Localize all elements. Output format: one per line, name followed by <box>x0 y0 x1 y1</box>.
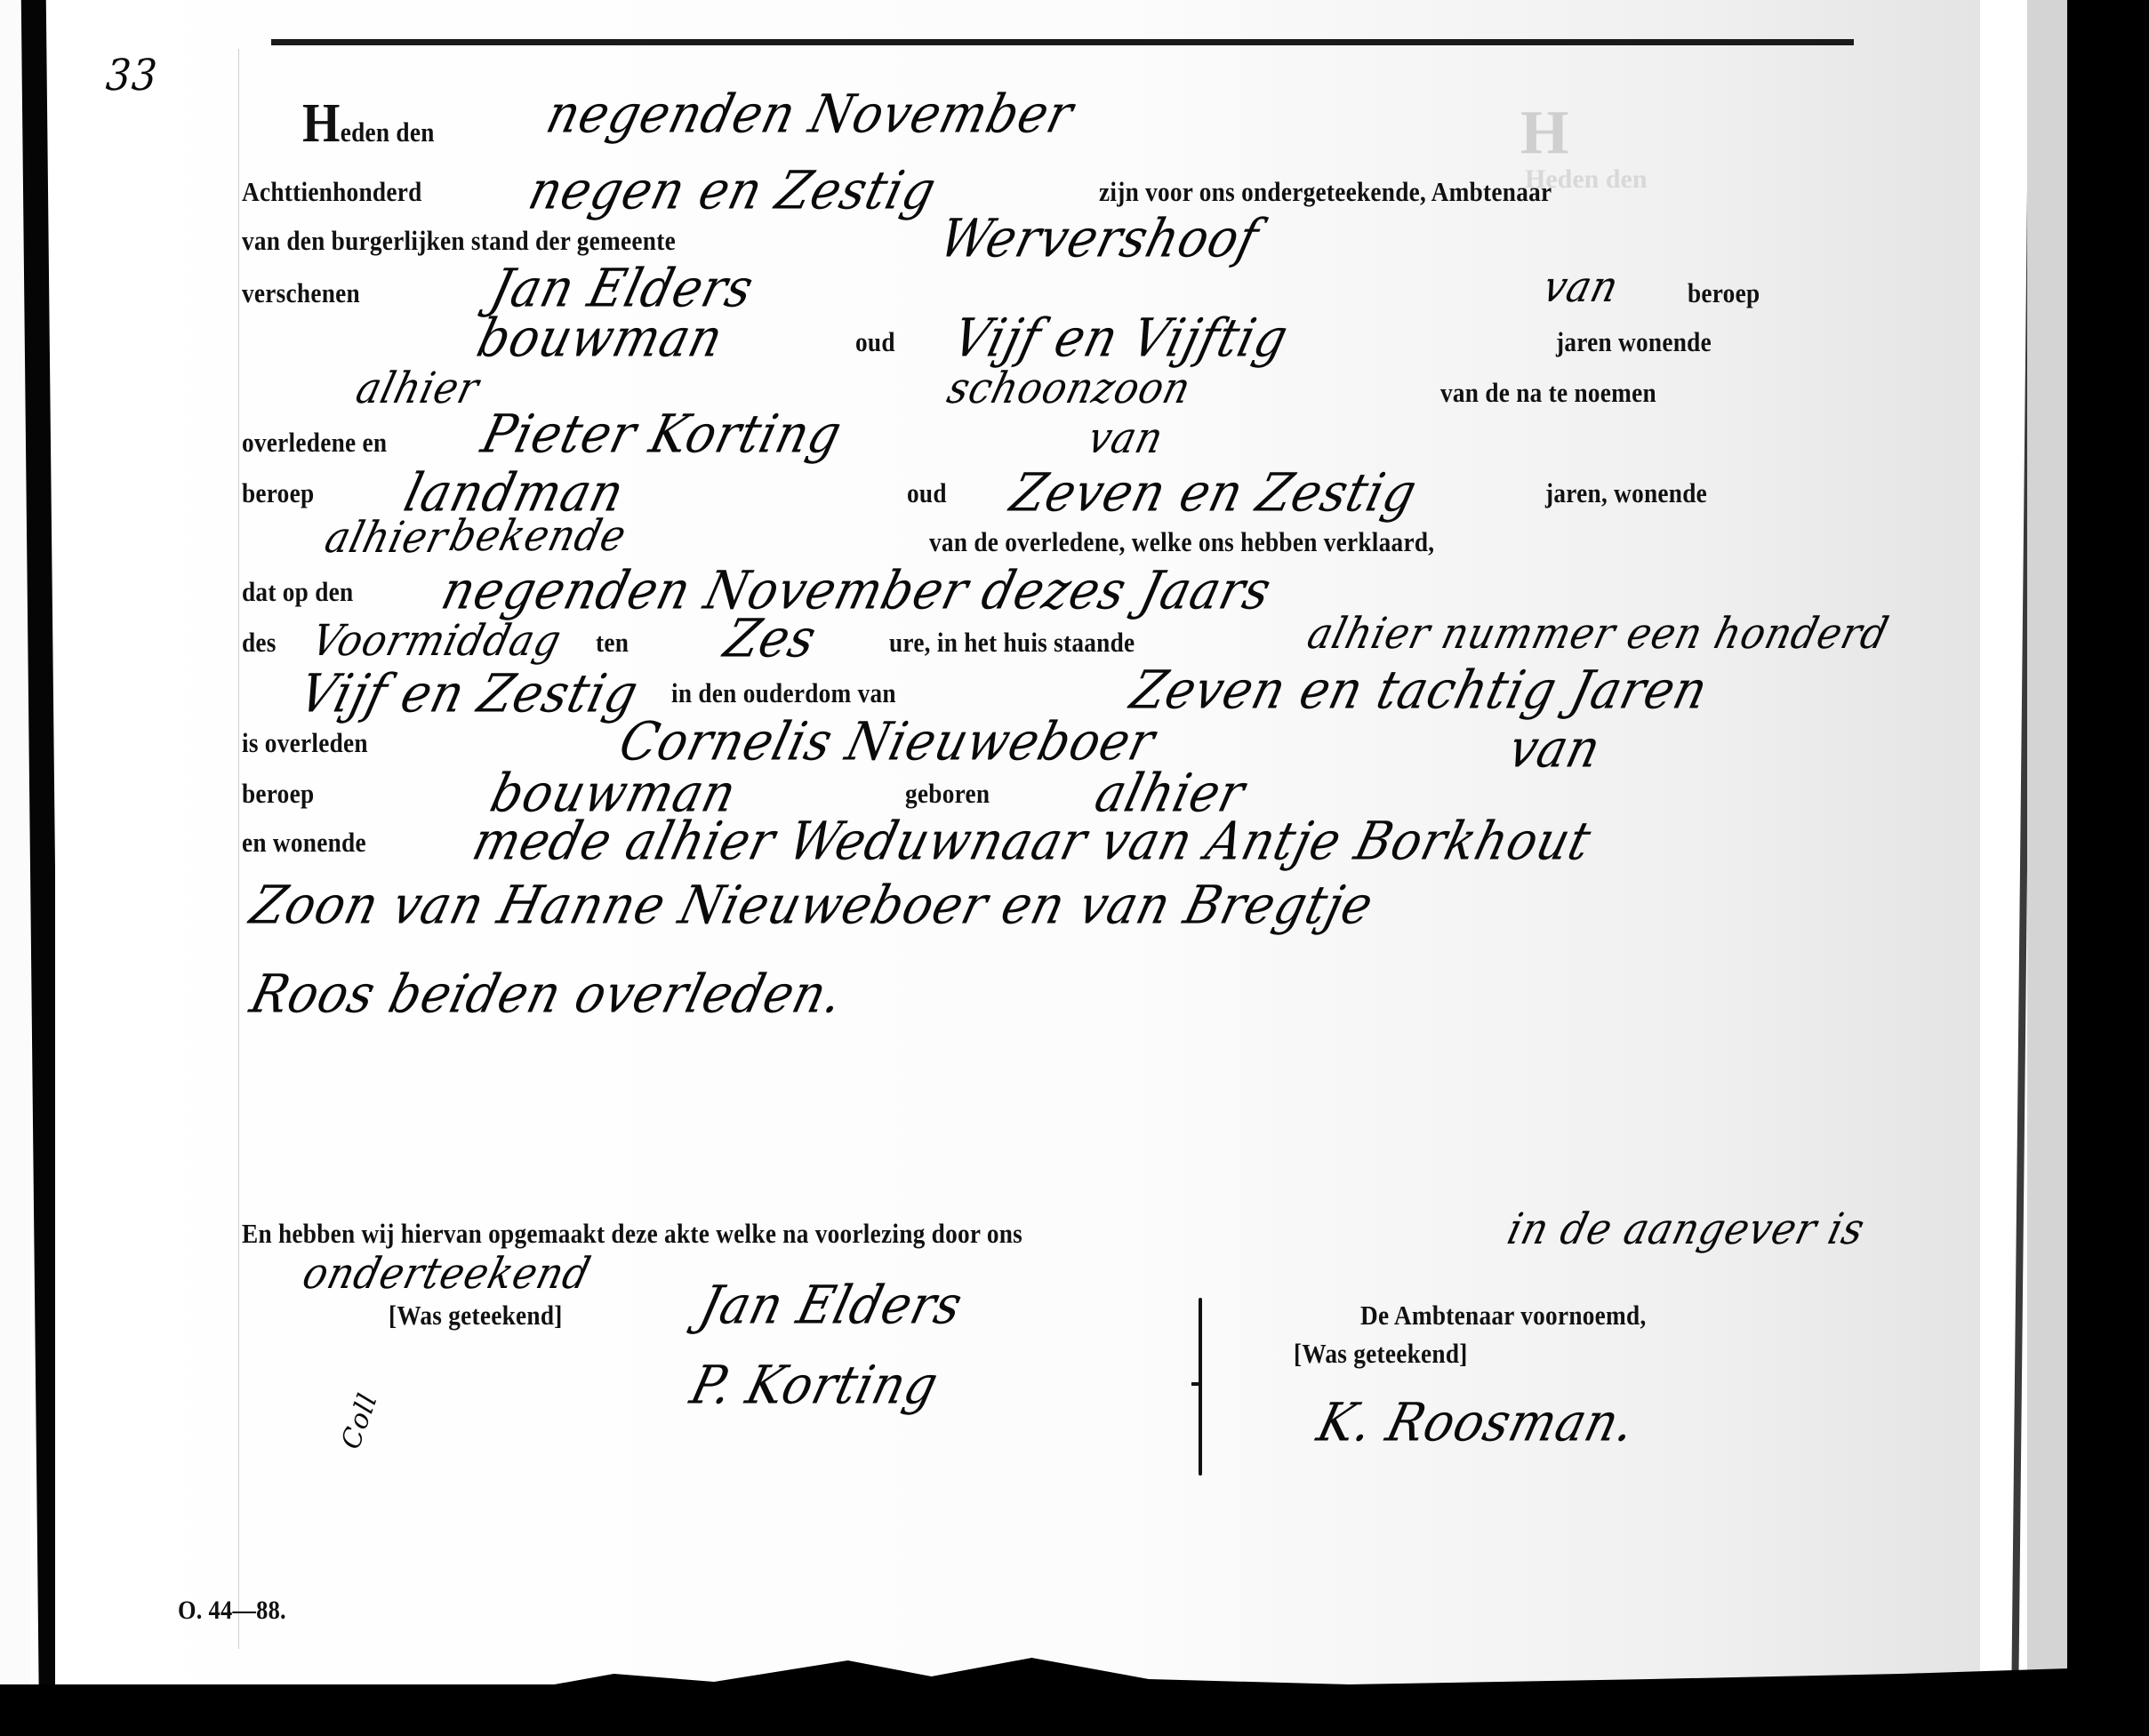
hw-closing-note-cont: onderteekend <box>298 1249 596 1299</box>
hw-deceased-van: van <box>1503 718 1608 780</box>
was-geteekend-left: [Was geteekend] <box>389 1300 563 1332</box>
hw-declarant1-relation: schoonzoon <box>942 364 1196 413</box>
label-des: des <box>242 627 277 659</box>
ambtenaar-voornoemd: De Ambtenaar voornoemd, <box>1360 1300 1647 1332</box>
closing-statement: En hebben wij hiervan opgemaakt deze akt… <box>242 1218 1022 1250</box>
label-oud-2: oud <box>907 477 947 509</box>
hw-declarant1-residence: alhier <box>351 364 485 413</box>
hw-parents: Zoon van Hanne Nieuweboer en van Bregtje <box>245 875 1380 936</box>
hw-closing-note: in de aangever is <box>1503 1204 1870 1254</box>
hw-date: negenden November <box>541 84 1080 145</box>
label-verschenen: verschenen <box>242 277 360 309</box>
hw-declarant1-age: Vijf en Vijftig <box>947 308 1295 369</box>
hw-house-cont: Vijf en Zestig <box>293 663 645 724</box>
hw-declarant2-relation: bekende <box>445 511 631 561</box>
hw-declarant2-name: Pieter Korting <box>476 404 848 465</box>
scan-right-border <box>2067 0 2149 1736</box>
label-achttienhonderd: Achttienhonderd <box>242 176 422 208</box>
label-geboren: geboren <box>905 778 990 810</box>
scan-bottom-border <box>0 1684 2149 1736</box>
adjacent-page-strip <box>2027 0 2067 1736</box>
was-geteekend-right: [Was geteekend] <box>1294 1338 1468 1370</box>
label-ure-huis-staande: ure, in het huis staande <box>889 627 1135 659</box>
signature-official: K. Roosman. <box>1311 1392 1642 1453</box>
label-beroep-1: beroep <box>1688 277 1760 309</box>
label-jaren-wonende-1: jaren wonende <box>1556 326 1712 358</box>
hw-declarant2-age: Zeven en Zestig <box>1005 462 1423 524</box>
hw-house: alhier nummer een honderd <box>1303 609 1894 659</box>
label-beroep-3: beroep <box>242 778 314 810</box>
label-is-overleden: is overleden <box>242 727 368 759</box>
opening-line: Heden den <box>302 96 435 151</box>
hw-declarant1-occupation: bouwman <box>471 308 730 369</box>
label-zijn-voor-ons: zijn voor ons ondergeteekende, Ambtenaar <box>1099 176 1552 208</box>
hw-year: negen en Zestig <box>523 160 942 221</box>
signature-declarant-2: P. Korting <box>685 1355 945 1416</box>
label-jaren-wonende-2: jaren, wonende <box>1545 477 1707 509</box>
label-dat-op-den: dat op den <box>242 576 353 608</box>
hw-death-date: negenden November dezes Jaars <box>436 560 1278 621</box>
hw-declarant1-van: van <box>1538 262 1624 312</box>
hw-declarant2-residence: alhier <box>320 513 453 563</box>
bleed-through-dropcap: H <box>1520 98 1568 169</box>
hw-parents-cont: Roos beiden overleden. <box>245 964 850 1025</box>
margin-rule-line <box>238 49 239 1649</box>
hw-residence-widower: mede alhier Weduwnaar van Antje Borkhout <box>467 811 1598 872</box>
hw-death-hour: Zes <box>718 608 822 669</box>
dropcap-h: H <box>302 93 341 154</box>
label-en-wonende: en wonende <box>242 827 366 859</box>
label-verklaard: van de overledene, welke ons hebben verk… <box>929 526 1434 558</box>
signature-brace-point <box>1191 1382 1202 1386</box>
top-rule-line <box>271 39 1854 45</box>
label-ouderdom: in den ouderdom van <box>671 677 896 709</box>
label-beroep-2: beroep <box>242 477 314 509</box>
form-code: O. 44—88. <box>178 1596 286 1626</box>
signature-declarant-1: Jan Elders <box>694 1275 969 1336</box>
heden-den-label: eden den <box>341 116 435 148</box>
label-burgerlijke-stand: van den burgerlijken stand der gemeente <box>242 225 676 257</box>
hw-municipality: Wervershoof <box>934 208 1265 269</box>
label-oud-1: oud <box>855 326 895 358</box>
signature-brace <box>1199 1298 1202 1476</box>
hw-death-time-part: Voormiddag <box>307 616 566 666</box>
label-ten: ten <box>596 627 629 659</box>
label-overledene-en: overledene en <box>242 427 387 459</box>
hw-age-deceased: Zeven en tachtig Jaren <box>1125 660 1714 721</box>
label-na-te-noemen: van de na te noemen <box>1440 377 1656 409</box>
hw-declarant2-van: van <box>1083 413 1168 463</box>
